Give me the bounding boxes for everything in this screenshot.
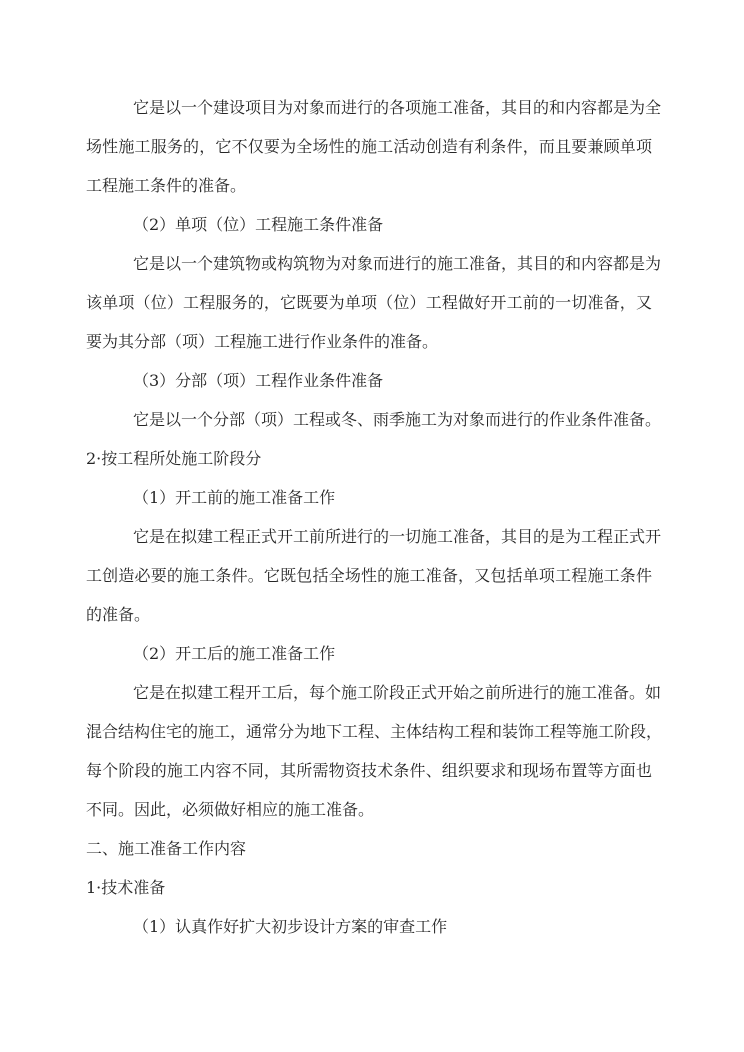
body-text-line: 该单项（位）工程服务的，它既要为单项（位）工程做好开工前的一切准备，又 bbox=[86, 283, 652, 322]
body-text-line: 不同。因此，必须做好相应的施工准备。 bbox=[86, 790, 652, 829]
subheading-line: （3）分部（项）工程作业条件准备 bbox=[86, 361, 652, 400]
body-text-line: 工程施工条件的准备。 bbox=[86, 166, 652, 205]
heading-line: 1·技术准备 bbox=[86, 868, 652, 907]
body-text-line: 混合结构住宅的施工，通常分为地下工程、主体结构工程和装饰工程等施工阶段， bbox=[86, 712, 652, 751]
body-text-line: 它是在拟建工程开工后，每个施工阶段正式开始之前所进行的施工准备。如 bbox=[86, 673, 652, 712]
body-text-line: 场性施工服务的，它不仅要为全场性的施工活动创造有利条件，而且要兼顾单项 bbox=[86, 127, 652, 166]
heading-line: 2·按工程所处施工阶段分 bbox=[86, 439, 652, 478]
subheading-line: （2）开工后的施工准备工作 bbox=[86, 634, 652, 673]
page-body: 它是以一个建设项目为对象而进行的各项施工准备，其目的和内容都是为全 场性施工服务… bbox=[86, 88, 652, 946]
heading-line: 二、施工准备工作内容 bbox=[86, 829, 652, 868]
body-text-line: 它是以一个建设项目为对象而进行的各项施工准备，其目的和内容都是为全 bbox=[86, 88, 652, 127]
body-text-line: 它是以一个分部（项）工程或冬、雨季施工为对象而进行的作业条件准备。 bbox=[86, 400, 652, 439]
subheading-line: （2）单项（位）工程施工条件准备 bbox=[86, 205, 652, 244]
document-page: 它是以一个建设项目为对象而进行的各项施工准备，其目的和内容都是为全 场性施工服务… bbox=[0, 0, 744, 1052]
body-text-line: 的准备。 bbox=[86, 595, 652, 634]
body-text-line: 每个阶段的施工内容不同，其所需物资技术条件、组织要求和现场布置等方面也 bbox=[86, 751, 652, 790]
body-text-line: 它是以一个建筑物或构筑物为对象而进行的施工准备，其目的和内容都是为 bbox=[86, 244, 652, 283]
subheading-line: （1）认真作好扩大初步设计方案的审查工作 bbox=[86, 907, 652, 946]
body-text-line: 工创造必要的施工条件。它既包括全场性的施工准备，又包括单项工程施工条件 bbox=[86, 556, 652, 595]
body-text-line: 它是在拟建工程正式开工前所进行的一切施工准备，其目的是为工程正式开 bbox=[86, 517, 652, 556]
subheading-line: （1）开工前的施工准备工作 bbox=[86, 478, 652, 517]
body-text-line: 要为其分部（项）工程施工进行作业条件的准备。 bbox=[86, 322, 652, 361]
